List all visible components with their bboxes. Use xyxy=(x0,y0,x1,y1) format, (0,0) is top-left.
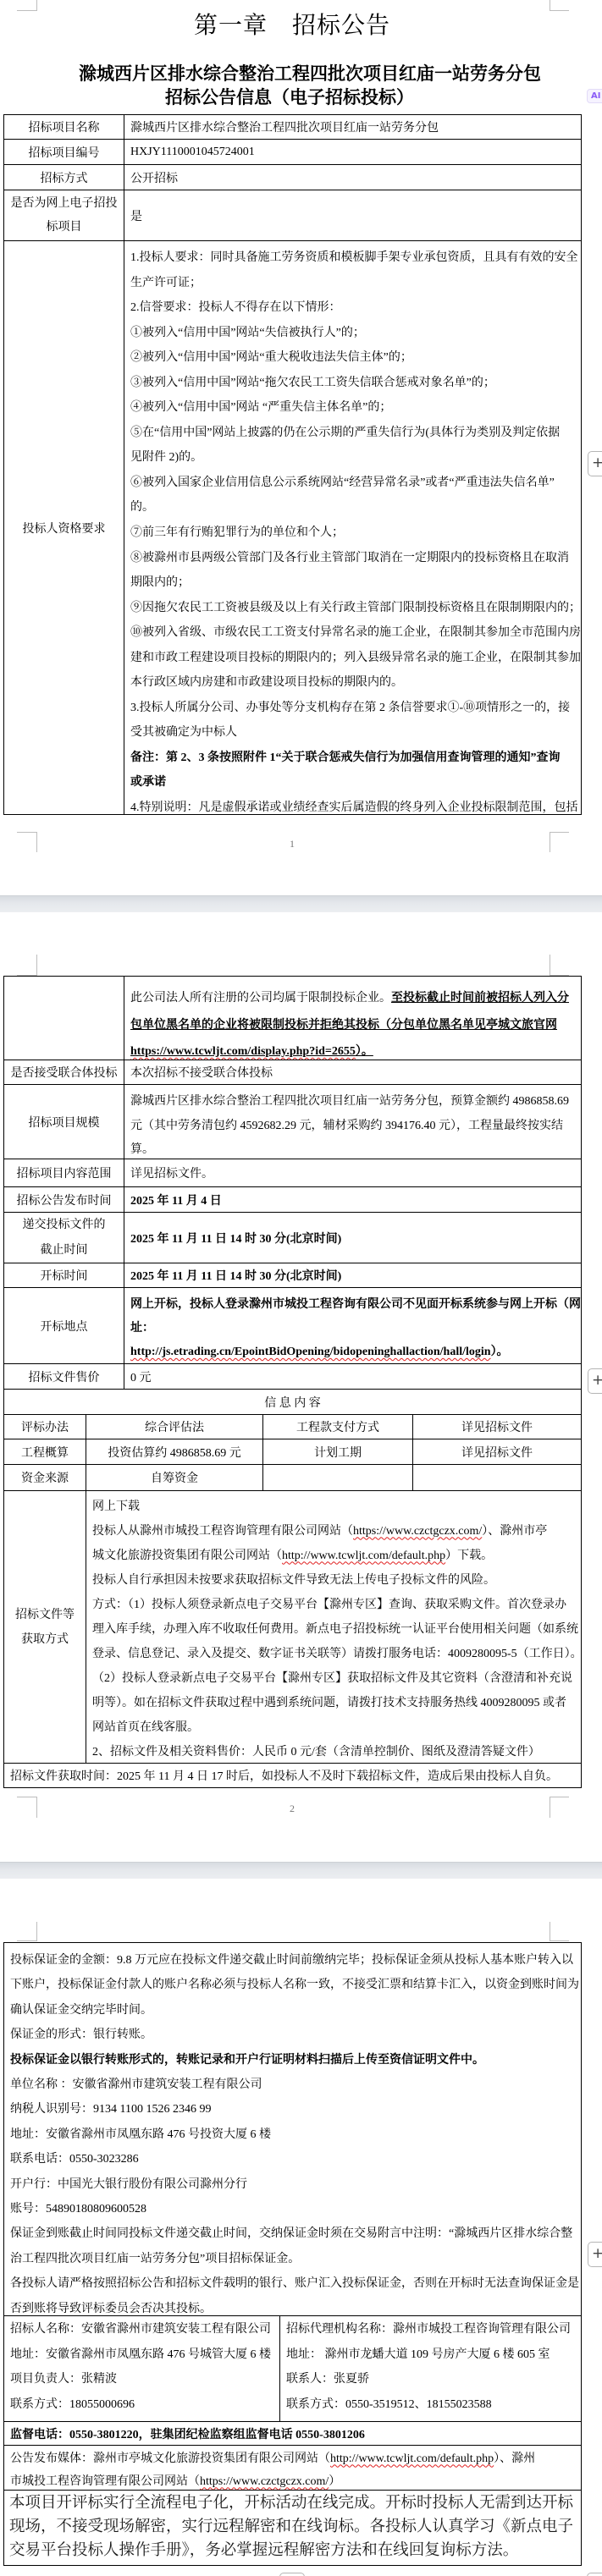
deposit-line: 确认保证金交纳完毕时间。 xyxy=(10,1998,577,2023)
deposit-line: 地址：安徽省滁州市凤凰东路 476 号投资大厦 6 楼 xyxy=(10,2122,577,2147)
table-row-submission-deadline: 递交投标文件的 截止时间 2025 年 11 月 11 日 14 时 30 分(… xyxy=(4,1213,582,1263)
table-row-info-grid: 工程概算 投资估算约 4986858.69 元 计划工期 详见招标文件 xyxy=(4,1439,582,1465)
row-label: 招标项目规模 xyxy=(4,1085,124,1159)
row-value: 详见招标文件。 xyxy=(124,1159,582,1186)
deposit-line: 单位名称 ：安徽省滁州市建筑安装工程有限公司 xyxy=(10,2072,577,2097)
deposit-line: 下账户，投标保证金付款人的账户名称必须与投标人名称一致，不接受汇票和结算卡汇入，… xyxy=(10,1973,577,1997)
announcement-title-line-2: 招标公告信息（电子招标投标） xyxy=(0,85,579,109)
row-label: 招标项目名称 xyxy=(4,115,124,139)
row-label: 招标项目内容范围 xyxy=(4,1159,124,1186)
tenderer-line: 联系方式：18055000696 xyxy=(10,2392,279,2418)
crop-mark xyxy=(550,955,550,975)
row-value: 滁城西片区排水综合整治工程四批次项目红庙一站劳务分包 xyxy=(124,115,582,139)
crop-mark xyxy=(550,10,569,11)
table-row-notice: 本项目开评标实行全流程电子化，开标活动在线完成。开标时投标人无需到达开标 现场，… xyxy=(4,2491,582,2566)
grid-value: 详见招标文件 xyxy=(413,1415,582,1439)
table-row-info-grid: 资金来源 自筹资金 xyxy=(4,1465,582,1491)
add-button[interactable]: + xyxy=(588,1368,602,1394)
crop-mark xyxy=(550,1922,550,1940)
page-number: 2 xyxy=(284,1803,301,1814)
access-line: 2、招标文件及相关资料售价：人民币 0 元/套（含清单控制价、图纸及澄清答疑文件… xyxy=(92,1740,577,1764)
media-line: 公告发布媒体：滁州市亭城文化旅游投资集团有限公司网站（http://www.tc… xyxy=(10,2447,577,2470)
tenderer-line: 地址：安徽省滁州市凤凰东路 476 号城管大厦 6 楼 xyxy=(10,2342,279,2368)
grid-label: 工程概算 xyxy=(4,1439,86,1464)
publication-media: 公告发布媒体：滁州市亭城文化旅游投资集团有限公司网站（http://www.tc… xyxy=(4,2446,582,2490)
crop-mark xyxy=(36,832,37,852)
table-row-document-price: 招标文件售价 0 元 xyxy=(4,1364,582,1390)
row-value: 2025 年 11 月 11 日 14 时 30 分(北京时间) xyxy=(124,1263,582,1287)
row-value: 公开招标 xyxy=(124,165,582,190)
deposit-line: 保证金的形式：银行转账。 xyxy=(10,2023,577,2047)
crop-mark xyxy=(17,1797,37,1797)
access-text: ）、滁州市亭 xyxy=(482,1525,547,1538)
access-line: 网上下载 xyxy=(92,1494,577,1519)
location-line: 网上开标，投标人登录滁州市城投工程咨询有限公司不见面开标系统参与网上开标（网 xyxy=(130,1293,577,1317)
scale-line: 算。 xyxy=(130,1138,577,1159)
blacklist-url-tail: ）。 xyxy=(356,1045,373,1058)
deposit-line: 联系电话：0550-3023286 xyxy=(10,2147,577,2171)
toolbar-button[interactable] xyxy=(279,2573,305,2576)
grid-label: 资金来源 xyxy=(4,1465,86,1490)
tenderer-line: 项目负责人：张精波 xyxy=(10,2367,279,2392)
page-number: 1 xyxy=(284,838,301,850)
czctgczx-url: https://www.czctgczx.com/ xyxy=(353,1525,482,1538)
blacklist-emphasis-line: 包单位黑名单的企业将被限制投标并拒绝其投标（分包单位黑名单见亭城文旅官网 xyxy=(130,1012,577,1039)
access-line: 网站首页在线客服。 xyxy=(92,1715,577,1740)
crop-mark xyxy=(17,832,37,833)
media-text: 公告发布媒体：滁州市亭城文化旅游投资集团有限公司网站（ xyxy=(10,2452,330,2465)
notice-line: 现场，不接受现场解密，实行远程解密和在线询标。各投标人认真学习《新点电子 xyxy=(9,2515,577,2539)
table-row-access-time: 招标文件获取时间：2025 年 11 月 4 日 17 时后，如投标人不及时下载… xyxy=(4,1764,582,1788)
supervision-phone: 监督电话：0550-3801220，驻集团纪检监察组监督电话 0550-3801… xyxy=(4,2422,582,2445)
table-row-project-code: 招标项目编号 HXJY1110001045724001 xyxy=(4,140,582,165)
grid-value: 投资估算约 4986858.69 元 xyxy=(86,1439,263,1464)
qualification-line: ④被列入“信用中国”网站 “严重失信主体名单”的； xyxy=(130,395,577,421)
agency-contact: 招标代理机构名称：滁州市城投工程咨询管理有限公司 地址： 滁州市龙蟠大道 109… xyxy=(280,2316,582,2421)
table-row-document-access: 招标文件等 获取方式 网上下载 投标人从滁州市城投工程咨询管理有限公司网站（ht… xyxy=(4,1491,582,1764)
access-line: 明等）。如在招标文件获取过程中遇到系统问题，请拨打技术支持服务热线 400928… xyxy=(92,1691,577,1715)
electronic-bidding-notice: 本项目开评标实行全流程电子化，开标活动在线完成。开标时投标人无需到达开标 现场，… xyxy=(4,2491,582,2565)
deposit-line: 保证金到账截止时间同投标文件递交截止时间，交纳保证金时须在交易附言中注明：“滁城… xyxy=(10,2221,577,2246)
crop-mark xyxy=(550,0,550,10)
label-line: 递交投标文件的 xyxy=(23,1213,106,1238)
row-label: 招标文件等 获取方式 xyxy=(4,1491,86,1763)
crop-mark xyxy=(36,0,37,10)
blacklist-line: 此公司法人所有注册的公司均属于限制投标企业。至投标截止时间前被招标人列入分 xyxy=(130,985,577,1012)
crop-mark xyxy=(36,1922,37,1940)
table-row-scope: 招标项目内容范围 详见招标文件。 xyxy=(4,1159,582,1187)
row-label: 招标方式 xyxy=(4,165,124,190)
crop-mark xyxy=(17,10,37,11)
agency-line: 联系方式：0550-3519512、18155023588 xyxy=(286,2392,577,2418)
qualification-line: ⑤在“信用中国”网站上披露的仍在公示期的严重失信行为(具体行为类别及判定依据 xyxy=(130,421,577,446)
toolbar-button[interactable] xyxy=(587,2573,602,2576)
qualification-line: 生产许可证； xyxy=(130,271,577,296)
table-row-consortium: 是否接受联合体投标 本次招标不接受联合体投标 xyxy=(4,1060,582,1085)
table-row-tender-method: 招标方式 公开招标 xyxy=(4,165,582,190)
tenderer-line: 招标人名称：安徽省滁州市建筑安装工程有限公司 xyxy=(10,2317,279,2342)
page-separator xyxy=(0,895,602,912)
table-row-scale: 招标项目规模 滁城西片区排水综合整治工程四批次项目红庙一站劳务分包，预算金额约 … xyxy=(4,1085,582,1159)
table-row-opening-time: 开标时间 2025 年 11 月 11 日 14 时 30 分(北京时间) xyxy=(4,1263,582,1288)
media-line: 市城投工程咨询管理有限公司网站（https://www.czctgczx.com… xyxy=(10,2470,577,2491)
grid-label: 工程款支付方式 xyxy=(263,1415,413,1439)
qualification-remark-line: 备注：第 2、3 条按照附件 1“关于联合惩戒失信行为加强信用查询管理的通知”查… xyxy=(130,746,577,771)
table-row-opening-location: 开标地点 网上开标，投标人登录滁州市城投工程咨询有限公司不见面开标系统参与网上开… xyxy=(4,1288,582,1364)
grid-value: 自筹资金 xyxy=(86,1465,263,1490)
row-label: 开标时间 xyxy=(4,1263,124,1287)
tcwljt-url: http://www.tcwljt.com/default.php xyxy=(282,1549,445,1562)
blacklist-url-line: https://www.tcwljt.com/display.php?id=26… xyxy=(130,1038,577,1060)
tenderer-contact: 招标人名称：安徽省滁州市建筑安装工程有限公司 地址：安徽省滁州市凤凰东路 476… xyxy=(4,2316,280,2421)
label-line: 是否为网上电子招投 xyxy=(11,192,118,216)
deposit-line: 否到账将导致评标委员会否决其投标。 xyxy=(10,2297,577,2315)
access-time-text: 招标文件获取时间：2025 年 11 月 4 日 17 时后，如投标人不及时下载… xyxy=(4,1764,582,1787)
qualification-line: ⑩被列入省级、市级农民工工资支付异常名录的施工企业，在限制其参加全市范围内房 xyxy=(130,620,577,646)
table-row-online-bidding: 是否为网上电子招投 标项目 是 xyxy=(4,190,582,241)
access-text: ）下载。 xyxy=(445,1549,493,1562)
row-label: 是否为网上电子招投 标项目 xyxy=(4,190,124,240)
media-text: 市城投工程咨询管理有限公司网站（ xyxy=(10,2475,200,2488)
qualification-line: ⑧被滁州市县两级公管部门及各行业主管部门取消在一定期限内的投标资格且在取消 xyxy=(130,546,577,571)
tcwljt-url: http://www.tcwljt.com/default.php xyxy=(330,2452,494,2465)
row-label: 是否接受联合体投标 xyxy=(4,1060,124,1084)
deposit-details: 投标保证金的金额：9.8 万元应在投标文件递交截止时间前缴纳完毕；投标保证金须从… xyxy=(4,1943,582,2315)
notice-line: 交易平台投标人操作手册》，务必掌握远程解密方法和在线回复询标方法。 xyxy=(9,2539,577,2562)
add-button[interactable]: + xyxy=(588,451,602,476)
qualification-line: 期限内的； xyxy=(130,570,577,596)
row-value: 滁城西片区排水综合整治工程四批次项目红庙一站劳务分包，预算金额约 4986858… xyxy=(124,1085,582,1159)
grid-empty xyxy=(413,1465,582,1490)
qualification-line: ⑦前三年有行贿犯罪行为的单位和个人； xyxy=(130,520,577,546)
qualification-line: 4.特别说明：凡是虚假承诺或业绩经查实后属造假的终身列入企业投标限制范围，包括 xyxy=(130,795,577,814)
crop-mark xyxy=(17,1940,37,1941)
label-line: 获取方式 xyxy=(21,1627,69,1652)
scale-line: 元（其中劳务清包约 4592682.29 元，辅材采购约 394176.40 元… xyxy=(130,1115,577,1139)
table-row-publish-time: 招标公告发布时间 2025 年 11 月 4 日 xyxy=(4,1187,582,1213)
label-line: 截止时间 xyxy=(41,1238,88,1263)
qualification-line: ③被列入“信用中国”网站“拖欠农民工工资失信联合惩戒对象名单”的； xyxy=(130,371,577,396)
blacklist-emphasis: 至投标截止时间前被招标人列入分 xyxy=(391,992,569,1005)
row-label: 开标地点 xyxy=(4,1288,124,1363)
grid-empty xyxy=(263,1465,413,1490)
qualification-line: ⑥被列入国家企业信用信息公示系统网站“经营异常名录”或者“严重违法失信名单” xyxy=(130,471,577,496)
grid-label: 评标办法 xyxy=(4,1415,86,1439)
url-tail: ）。 xyxy=(491,1346,509,1358)
deposit-line: 各投标人请严格按照招标公告和招标文件载明的银行、账户汇入投标保证金，否则在开标时… xyxy=(10,2271,577,2296)
deposit-line: 纳税人识别号：9134 1100 1526 2346 99 xyxy=(10,2097,577,2122)
access-line: 方式：（1）投标人须登录新点电子交易平台【滁州专区】查询、获取采购文件。首次登录… xyxy=(92,1593,577,1617)
document-viewer: 第一章 招标公告 滁城西片区排水综合整治工程四批次项目红庙一站劳务分包 招标公告… xyxy=(0,0,602,2576)
row-label-empty xyxy=(4,977,124,1060)
qualification-line: 的。 xyxy=(130,495,577,520)
crop-mark xyxy=(36,955,37,975)
table-row-qualification: 投标人资格要求 1.投标人要求：同时具备施工劳务资质和模板脚手架专业承包资质，且… xyxy=(4,241,582,815)
access-text: 投标人从滁州市城投工程咨询管理有限公司网站（ xyxy=(92,1525,353,1538)
tender-info-table-page-3: 投标保证金的金额：9.8 万元应在投标文件递交截止时间前缴纳完毕；投标保证金须从… xyxy=(3,1942,582,2566)
agency-line: 地址： 滁州市龙蟠大道 109 号房产大厦 6 楼 605 室 xyxy=(286,2342,577,2368)
agency-line: 联系人：张夏骄 xyxy=(286,2367,577,2392)
table-row-info-header: 信 息 内 容 xyxy=(4,1390,582,1415)
table-row-deposit: 投标保证金的金额：9.8 万元应在投标文件递交截止时间前缴纳完毕；投标保证金须从… xyxy=(4,1943,582,2316)
table-row-contacts: 招标人名称：安徽省滁州市建筑安装工程有限公司 地址：安徽省滁州市凤凰东路 476… xyxy=(4,2316,582,2422)
table-row-supervision: 监督电话：0550-3801220，驻集团纪检监察组监督电话 0550-3801… xyxy=(4,2422,582,2446)
table-row-project-name: 招标项目名称 滁城西片区排水综合整治工程四批次项目红庙一站劳务分包 xyxy=(4,115,582,140)
media-text: ）、滁州 xyxy=(494,2452,535,2465)
row-value: 是 xyxy=(124,190,582,240)
qualification-line: ②被列入“信用中国”网站“重大税收违法失信主体”的； xyxy=(130,345,577,371)
tender-info-table-page-1: 招标项目名称 滁城西片区排水综合整治工程四批次项目红庙一站劳务分包 招标项目编号… xyxy=(3,114,582,815)
agency-line: 招标代理机构名称：滁州市城投工程咨询管理有限公司 xyxy=(286,2317,577,2342)
blacklist-url: https://www.tcwljt.com/display.php?id=26… xyxy=(130,1045,356,1058)
label-line: 标项目 xyxy=(47,216,82,239)
table-row-media: 公告发布媒体：滁州市亭城文化旅游投资集团有限公司网站（http://www.tc… xyxy=(4,2446,582,2491)
row-value: 0 元 xyxy=(124,1364,582,1389)
row-value: HXJY1110001045724001 xyxy=(124,140,582,164)
qualification-line: 建和市政工程建设项目投标的期限内的；列入县级异常名录的施工企业，在限制其参加 xyxy=(130,646,577,671)
deposit-line: 账号：54890180809600528 xyxy=(10,2197,577,2221)
deposit-line: 投标保证金的金额：9.8 万元应在投标文件递交截止时间前缴纳完毕；投标保证金须从… xyxy=(10,1948,577,1973)
access-line: 投标人从滁州市城投工程咨询管理有限公司网站（https://www.czctgc… xyxy=(92,1519,577,1544)
table-row-qualification-continued: 此公司法人所有注册的公司均属于限制投标企业。至投标截止时间前被招标人列入分 包单… xyxy=(4,977,582,1060)
crop-mark xyxy=(550,1797,569,1797)
opening-system-url: http://js.etrading.cn/EpointBidOpening/b… xyxy=(130,1346,491,1358)
qualification-line: 3.投标人所属分公司、办事处等分支机构存在第 2 条信誉要求①-⑩项情形之一的，… xyxy=(130,696,577,721)
qualification-remark-line: 或承诺 xyxy=(130,770,577,795)
row-value: 此公司法人所有注册的公司均属于限制投标企业。至投标截止时间前被招标人列入分 包单… xyxy=(124,977,582,1060)
info-section-header: 信 息 内 容 xyxy=(4,1390,582,1414)
label-line: 招标文件等 xyxy=(15,1603,75,1627)
row-label: 招标项目编号 xyxy=(4,140,124,164)
czctgczx-url: https://www.czctgczx.com/ xyxy=(200,2475,329,2488)
access-line: 登录、信息登记、录入及提交、数字证书关联等）请拨打服务电话：4009280095… xyxy=(92,1642,577,1666)
row-label: 招标公告发布时间 xyxy=(4,1187,124,1212)
row-value: 2025 年 11 月 4 日 xyxy=(124,1187,582,1212)
qualification-line: 见附件 2)的。 xyxy=(130,445,577,471)
crop-mark xyxy=(550,1797,550,1818)
qualification-line: 2.信誉要求：投标人不得存在以下情形： xyxy=(130,295,577,321)
location-url-line: http://js.etrading.cn/EpointBidOpening/b… xyxy=(130,1340,577,1363)
row-label: 递交投标文件的 截止时间 xyxy=(4,1213,124,1263)
qualification-line: ⑨因拖欠农民工工资被县级及以上有关行政主管部门限制投标资格且在限制期限内的； xyxy=(130,596,577,621)
row-value: 网上开标，投标人登录滁州市城投工程咨询有限公司不见面开标系统参与网上开标（网 址… xyxy=(124,1288,582,1363)
crop-mark xyxy=(550,832,550,852)
row-label: 招标文件售价 xyxy=(4,1364,124,1389)
row-value: 本次招标不接受联合体投标 xyxy=(124,1060,582,1084)
deposit-emphasis-line: 投标保证金以银行转账形式的，转账记录和开户行证明材料扫描后上传至资信证明文件中。 xyxy=(10,2048,577,2072)
tender-info-table-page-2: 此公司法人所有注册的公司均属于限制投标企业。至投标截止时间前被招标人列入分 包单… xyxy=(3,976,582,1788)
chapter-title: 第一章 招标公告 xyxy=(0,12,584,41)
crop-mark xyxy=(550,832,569,833)
scale-line: 滁城西片区排水综合整治工程四批次项目红庙一站劳务分包，预算金额约 4986858… xyxy=(130,1090,577,1115)
grid-label: 计划工期 xyxy=(263,1439,413,1464)
add-button[interactable]: + xyxy=(588,2242,602,2267)
table-row-info-grid: 评标办法 综合评估法 工程款支付方式 详见招标文件 xyxy=(4,1415,582,1439)
deposit-line: 开户行：中国光大银行股份有限公司滁州分行 xyxy=(10,2172,577,2197)
qualification-line: ①被列入“信用中国”网站“失信被执行人”的； xyxy=(130,321,577,346)
ai-assistant-button[interactable]: AI xyxy=(587,89,602,103)
access-line: （2）投标人登录新点电子交易平台【滁州专区】获取招标文件及其它资料（含澄清和补充… xyxy=(92,1666,577,1691)
notice-line: 本项目开评标实行全流程电子化，开标活动在线完成。开标时投标人无需到达开标 xyxy=(9,2491,577,2515)
qualification-line: 受其被确定为中标人 xyxy=(130,720,577,746)
access-text: 城文化旅游投资集团有限公司网站（ xyxy=(92,1549,282,1562)
location-line: 址： xyxy=(130,1317,577,1340)
row-value: 2025 年 11 月 11 日 14 时 30 分(北京时间) xyxy=(124,1213,582,1263)
blacklist-text: 此公司法人所有注册的公司均属于限制投标企业。 xyxy=(130,992,391,1005)
qualification-requirements: 1.投标人要求：同时具备施工劳务资质和模板脚手架专业承包资质，且具有有效的安全 … xyxy=(124,241,582,814)
grid-value: 综合评估法 xyxy=(86,1415,263,1439)
deposit-line: 治工程四批次项目红庙一站劳务分包”项目招标保证金。 xyxy=(10,2247,577,2271)
qualification-line: 1.投标人要求：同时具备施工劳务资质和模板脚手架专业承包资质，且具有有效的安全 xyxy=(130,245,577,271)
crop-mark xyxy=(550,1940,569,1941)
page-separator xyxy=(0,1862,602,1879)
announcement-title-line-1: 滁城西片区排水综合整治工程四批次项目红庙一站劳务分包 xyxy=(0,62,602,85)
access-line: 投标人自行承担因未按要求获取招标文件导致无法上传电子投标文件的风险。 xyxy=(92,1568,577,1593)
crop-mark xyxy=(36,1797,37,1818)
grid-value: 详见招标文件 xyxy=(413,1439,582,1464)
access-line: 城文化旅游投资集团有限公司网站（http://www.tcwljt.com/de… xyxy=(92,1544,577,1568)
row-value: 网上下载 投标人从滁州市城投工程咨询管理有限公司网站（https://www.c… xyxy=(86,1491,582,1763)
qualification-line: 本行政区域内房建和市政建设项目投标的期限内的。 xyxy=(130,670,577,696)
row-label: 投标人资格要求 xyxy=(4,241,124,814)
access-line: 理入库手续，办理入库不收取任何费用。新点电子招投标统一认证平台使用相关问题（如系… xyxy=(92,1617,577,1642)
media-text: ） xyxy=(329,2475,340,2488)
